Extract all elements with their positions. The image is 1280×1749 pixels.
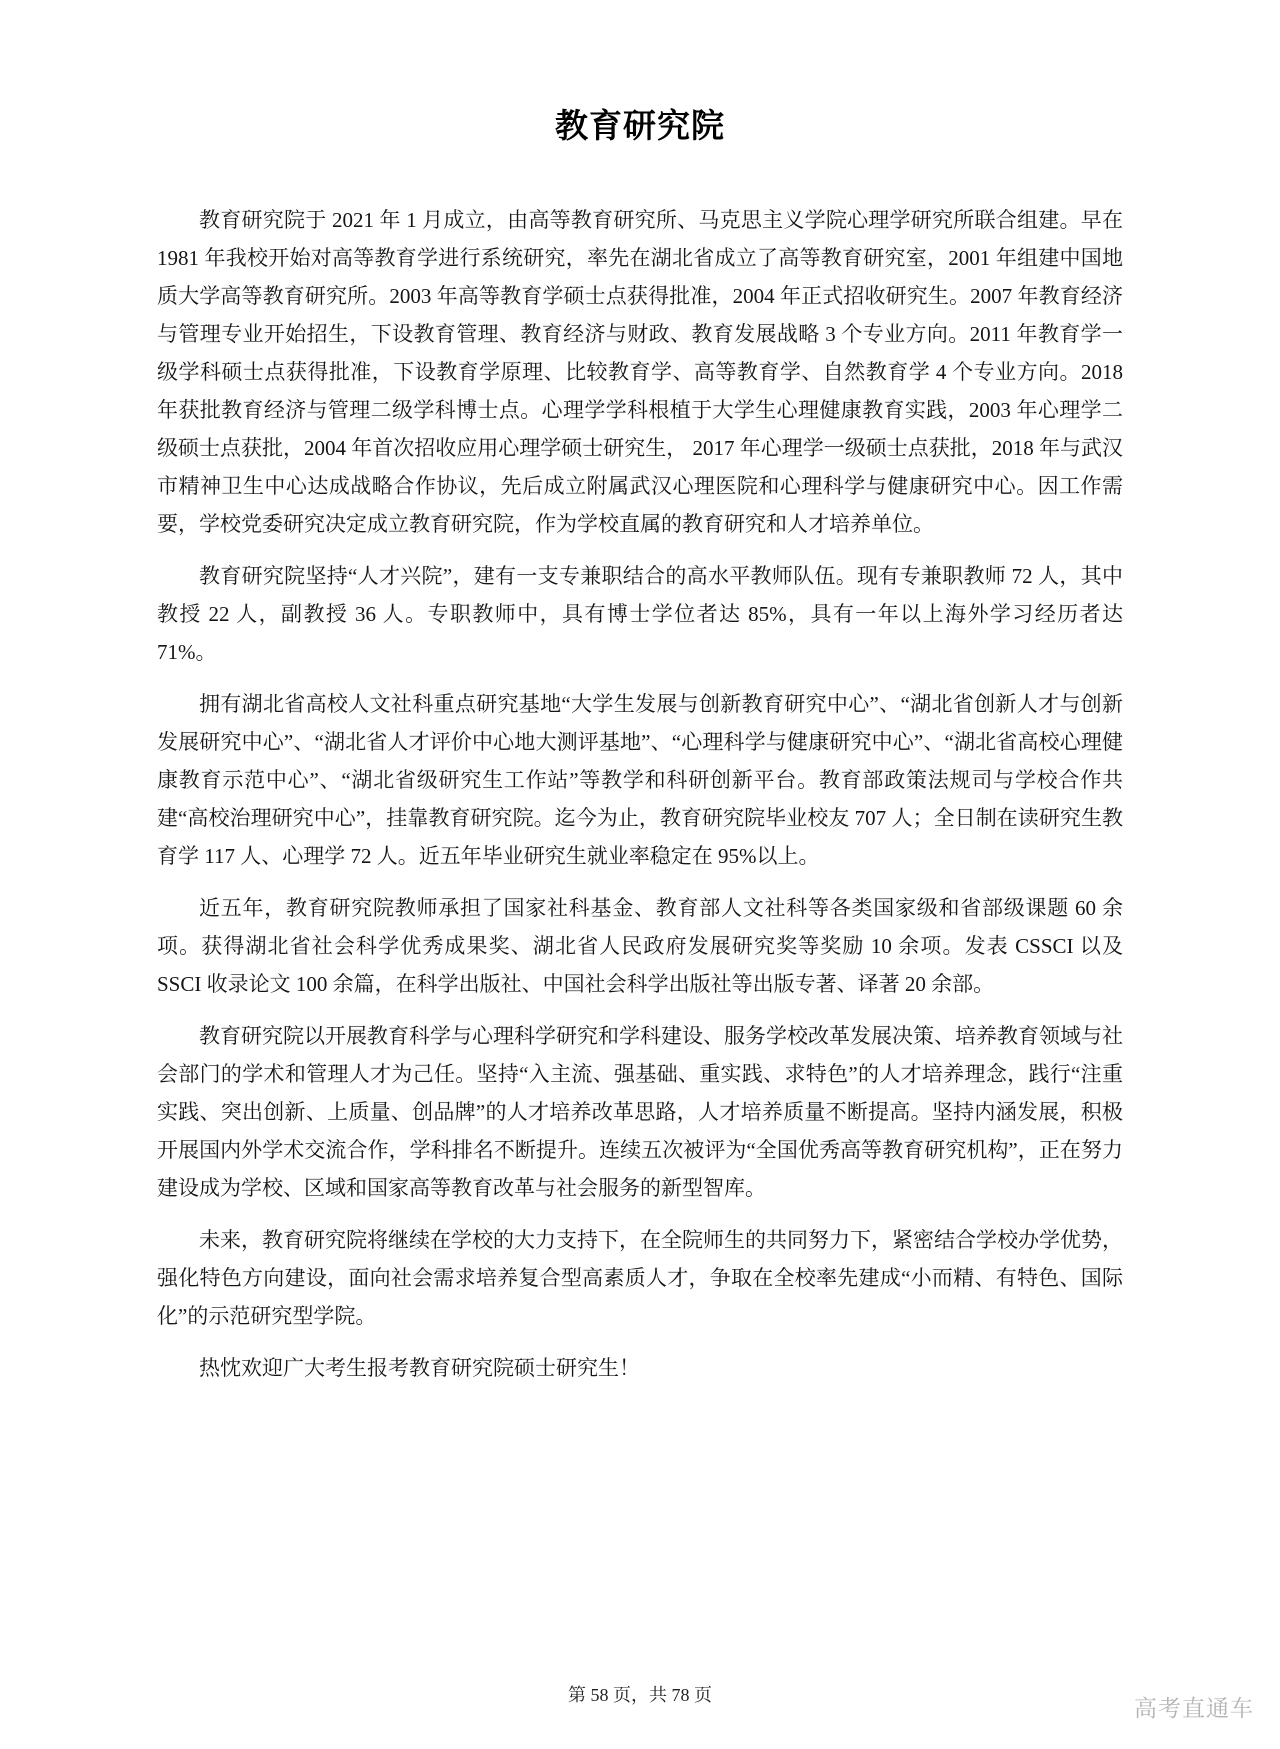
document-page: 教育研究院 教育研究院于 2021 年 1 月成立，由高等教育研究所、马克思主义…	[0, 0, 1280, 1749]
watermark: 高考直通车	[1134, 1694, 1254, 1722]
page-number: 第 58 页，共 78 页	[0, 1683, 1280, 1707]
paragraph-welcome: 热忱欢迎广大考生报考教育研究院硕士研究生！	[157, 1349, 1123, 1387]
document-body: 教育研究院于 2021 年 1 月成立，由高等教育研究所、马克思主义学院心理学研…	[157, 201, 1123, 1401]
paragraph-platforms: 拥有湖北省高校人文社科重点研究基地“大学生发展与创新教育研究中心”、“湖北省创新…	[157, 685, 1123, 875]
paragraph-research-achievements: 近五年，教育研究院教师承担了国家社科基金、教育部人文社科等各类国家级和省部级课题…	[157, 889, 1123, 1003]
paragraph-faculty: 教育研究院坚持“人才兴院”，建有一支专兼职结合的高水平教师队伍。现有专兼职教师 …	[157, 557, 1123, 671]
page-title: 教育研究院	[0, 106, 1280, 146]
paragraph-mission: 教育研究院以开展教育科学与心理科学研究和学科建设、服务学校改革发展决策、培养教育…	[157, 1017, 1123, 1207]
paragraph-history: 教育研究院于 2021 年 1 月成立，由高等教育研究所、马克思主义学院心理学研…	[157, 201, 1123, 543]
paragraph-future: 未来，教育研究院将继续在学校的大力支持下，在全院师生的共同努力下，紧密结合学校办…	[157, 1221, 1123, 1335]
